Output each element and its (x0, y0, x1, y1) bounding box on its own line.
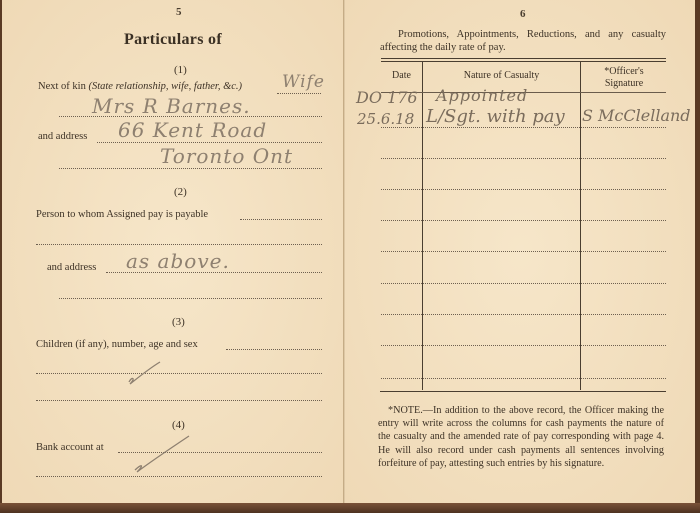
next-of-kin-name-line (59, 116, 322, 117)
section-3-number: (3) (172, 316, 185, 328)
table-top-rule (381, 58, 666, 59)
page-number-left: 5 (176, 6, 182, 18)
address-value-2[interactable]: Toronto Ont (160, 144, 293, 168)
column-header-nature: Nature of Casualty (423, 70, 580, 82)
row-2-signature[interactable]: S McClelland (582, 106, 691, 125)
table-row-line (381, 283, 666, 284)
checkmark-icon (131, 434, 193, 474)
assigned-address-line-2 (59, 298, 322, 299)
table-row-line (381, 251, 666, 252)
children-line (226, 349, 322, 350)
table-row-line (381, 378, 666, 379)
bank-account-line-2 (36, 476, 322, 477)
assigned-address-value[interactable]: as above. (126, 249, 230, 273)
next-of-kin-name-value[interactable]: Mrs R Barnes. (92, 94, 251, 118)
row-2-date[interactable]: 25.6.18 (357, 110, 414, 128)
section-4-number: (4) (172, 419, 185, 431)
children-label: Children (if any), number, age and sex (36, 339, 198, 350)
address-label-1: and address (38, 131, 87, 142)
checkmark-icon (126, 360, 162, 386)
table-heading: Promotions, Appointments, Reductions, an… (380, 28, 666, 54)
table-row-line (381, 189, 666, 190)
address-line-2 (59, 168, 322, 169)
next-of-kin-relationship-value[interactable]: Wife (282, 72, 325, 92)
assigned-pay-line-2 (36, 244, 322, 245)
next-of-kin-label: Next of kin (State relationship, wife, f… (38, 81, 242, 92)
address-label-2: and address (47, 262, 96, 273)
column-header-signature: *Officer's Signature (588, 66, 660, 90)
section-1-number: (1) (174, 64, 187, 76)
section-2-number: (2) (174, 186, 187, 198)
footnote: *NOTE.—In addition to the above record, … (378, 404, 664, 470)
table-row-line (381, 345, 666, 346)
table-row-line (381, 158, 666, 159)
next-of-kin-note: (State relationship, wife, father, &c.) (88, 81, 242, 92)
column-divider-1 (422, 62, 423, 390)
children-line-2 (36, 373, 322, 374)
column-header-date: Date (381, 70, 422, 82)
row-1-nature[interactable]: Appointed (436, 86, 528, 105)
page-number-right: 6 (520, 8, 526, 20)
assigned-pay-label: Person to whom Assigned pay is payable (36, 209, 208, 220)
bank-account-label: Bank account at (36, 442, 104, 453)
row-2-nature[interactable]: L/Sgt. with pay (426, 106, 565, 127)
table-bottom-rule (380, 391, 666, 392)
book-cover-edge (0, 503, 700, 513)
assigned-pay-line (240, 219, 322, 220)
address-value-1[interactable]: 66 Kent Road (118, 118, 267, 142)
next-of-kin-line (277, 93, 321, 94)
page-title: Particulars of (124, 31, 222, 49)
column-divider-2 (580, 62, 581, 390)
book-spine (343, 0, 345, 505)
table-row-line (381, 220, 666, 221)
table-row-line (381, 127, 666, 128)
row-1-date[interactable]: DO 176 (356, 88, 418, 107)
table-top-rule-2 (381, 61, 666, 62)
table-row-line (381, 314, 666, 315)
address-line-1 (97, 142, 322, 143)
children-line-3 (36, 400, 322, 401)
